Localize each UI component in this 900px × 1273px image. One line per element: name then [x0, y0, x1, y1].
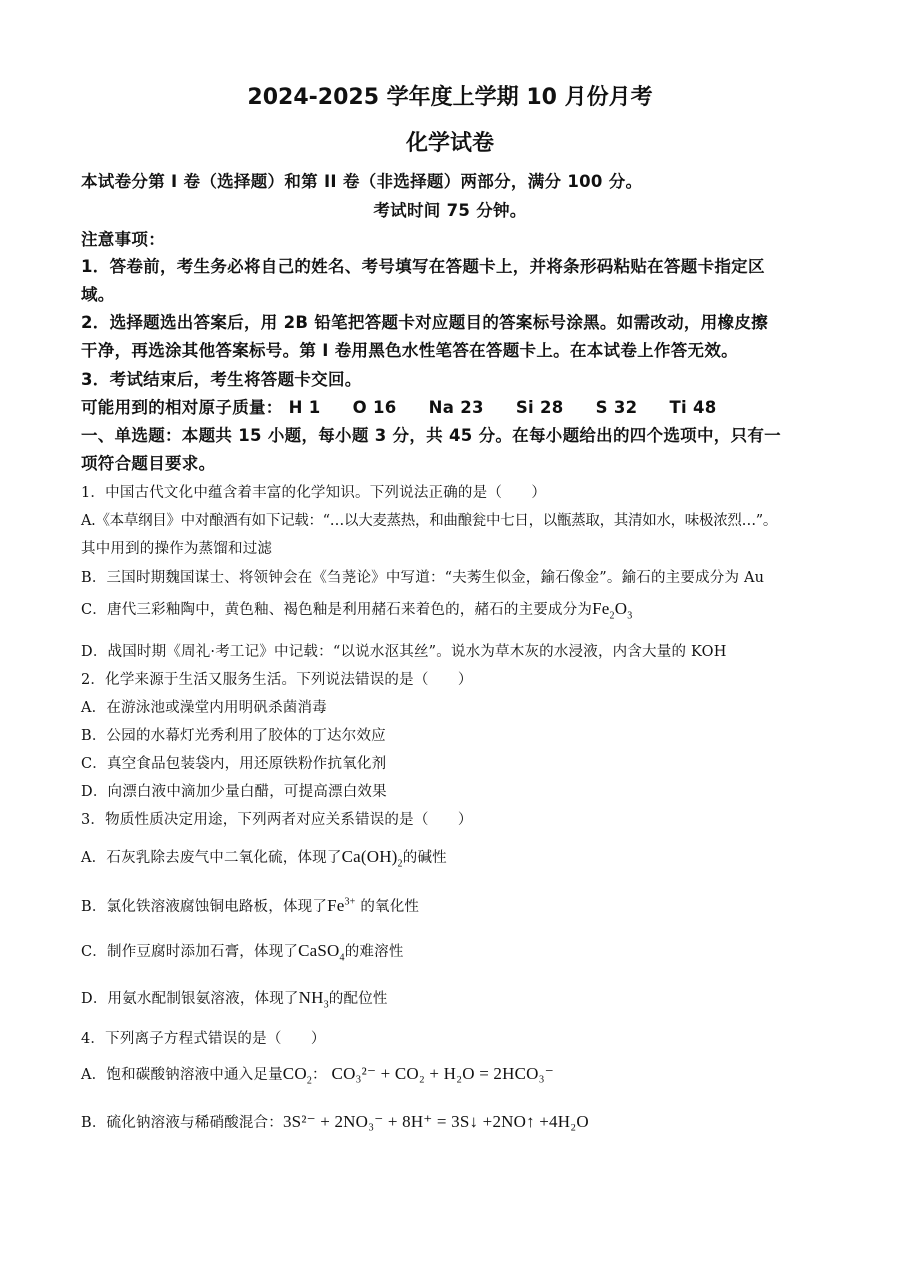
notice-item-1: 1．答卷前，考生务必将自己的姓名、考号填写在答题卡上，并将条形码粘贴在答题卡指定…: [81, 253, 765, 277]
question-3-option-d: D．用氨水配制银氨溶液，体现了NH3的配位性: [81, 987, 388, 1008]
question-3-stem: 3．物质性质决定用途，下列两者对应关系错误的是（ ）: [81, 808, 473, 829]
atomic-mass-h: H 1: [289, 398, 321, 417]
exam-subtitle: 化学试卷: [0, 126, 900, 157]
question-1-stem: 1．中国古代文化中蕴含着丰富的化学知识。下列说法正确的是（ ）: [81, 481, 546, 502]
question-2-option-b: B．公园的水幕灯光秀利用了胶体的丁达尔效应: [81, 724, 386, 745]
notice-item-1-cont: 域。: [81, 281, 115, 305]
section-1-heading-cont: 项符合题目要求。: [81, 450, 215, 474]
formula-fe2o3: Fe2O3: [592, 599, 632, 618]
formula-fe3plus: Fe3+: [327, 896, 355, 915]
question-2-option-d: D．向漂白液中滴加少量白醋，可提高漂白效果: [81, 780, 387, 801]
formula-caso4: CaSO4: [298, 941, 345, 960]
question-1-option-d: D．战国时期《周礼·考工记》中记载：“以说水沤其丝”。说水为草木灰的水浸液，内含…: [81, 640, 727, 661]
exam-intro: 本试卷分第 I 卷（选择题）和第 II 卷（非选择题）两部分，满分 100 分。: [81, 168, 642, 192]
question-1-option-c: C．唐代三彩釉陶中，黄色釉、褐色釉是利用赭石来着色的，赭石的主要成分为Fe2O3: [81, 598, 632, 619]
question-4-option-a: A．饱和碳酸钠溶液中通入足量CO2： CO₃²⁻ + CO₂ + H₂O = 2…: [81, 1063, 554, 1084]
question-1-option-a: A.《本草纲目》中对酿酒有如下记载：“…以大麦蒸热，和曲酿瓮中七日，以甑蒸取，其…: [81, 509, 777, 530]
atomic-mass-label: 可能用到的相对原子质量：: [81, 398, 283, 417]
section-1-heading: 一、单选题：本题共 15 小题，每小题 3 分，共 45 分。在每小题给出的四个…: [81, 422, 781, 446]
notice-item-3: 3．考试结束后，考生将答题卡交回。: [81, 366, 362, 390]
atomic-mass-si: Si 28: [516, 398, 564, 417]
question-4-stem: 4．下列离子方程式错误的是（ ）: [81, 1027, 326, 1048]
atomic-mass-o: O 16: [353, 398, 397, 417]
equation-b: 3S²⁻ + 2NO₃⁻ + 8H⁺ = 3S↓ +2NO↑ +4H₂O: [283, 1112, 589, 1131]
formula-nh3: NH3: [299, 988, 329, 1007]
formula-caoh2: Ca(OH)2: [342, 847, 403, 866]
question-3-option-c: C．制作豆腐时添加石膏，体现了CaSO4的难溶性: [81, 940, 404, 961]
question-1-option-a-cont: 其中用到的操作为蒸馏和过滤: [81, 537, 272, 558]
atomic-mass-na: Na 23: [429, 398, 484, 417]
question-3-option-b: B．氯化铁溶液腐蚀铜电路板，体现了Fe3+ 的氧化性: [81, 895, 419, 916]
formula-co2: CO2: [283, 1064, 312, 1083]
notice-heading: 注意事项：: [81, 226, 165, 250]
question-1-option-b: B．三国时期魏国谋士、将领钟会在《刍荛论》中写道：“夫莠生似金，鍮石像金”。鍮石…: [81, 566, 764, 587]
exam-time: 考试时间 75 分钟。: [0, 197, 900, 221]
question-2-stem: 2．化学来源于生活又服务生活。下列说法错误的是（ ）: [81, 668, 473, 689]
atomic-mass-ti: Ti 48: [669, 398, 716, 417]
notice-item-2: 2．选择题选出答案后，用 2B 铅笔把答题卡对应题目的答案标号涂黑。如需改动，用…: [81, 309, 768, 333]
atomic-mass-line: 可能用到的相对原子质量： H 1 O 16 Na 23 Si 28 S 32 T…: [81, 394, 743, 418]
question-2-option-a: A．在游泳池或澡堂内用明矾杀菌消毒: [81, 696, 327, 717]
equation-a: CO₃²⁻ + CO₂ + H₂O = 2HCO₃⁻: [332, 1064, 554, 1083]
atomic-mass-s: S 32: [596, 398, 638, 417]
question-4-option-b: B．硫化钠溶液与稀硝酸混合：3S²⁻ + 2NO₃⁻ + 8H⁺ = 3S↓ +…: [81, 1111, 589, 1132]
exam-page: 2024-2025 学年度上学期 10 月份月考 化学试卷 本试卷分第 I 卷（…: [0, 0, 900, 1273]
exam-title: 2024-2025 学年度上学期 10 月份月考: [0, 80, 900, 111]
question-3-option-a: A．石灰乳除去废气中二氧化硫，体现了Ca(OH)2的碱性: [81, 846, 447, 867]
question-2-option-c: C．真空食品包装袋内，用还原铁粉作抗氧化剂: [81, 752, 386, 773]
notice-item-2-cont: 干净，再选涂其他答案标号。第 I 卷用黑色水性笔答在答题卡上。在本试卷上作答无效…: [81, 337, 738, 361]
